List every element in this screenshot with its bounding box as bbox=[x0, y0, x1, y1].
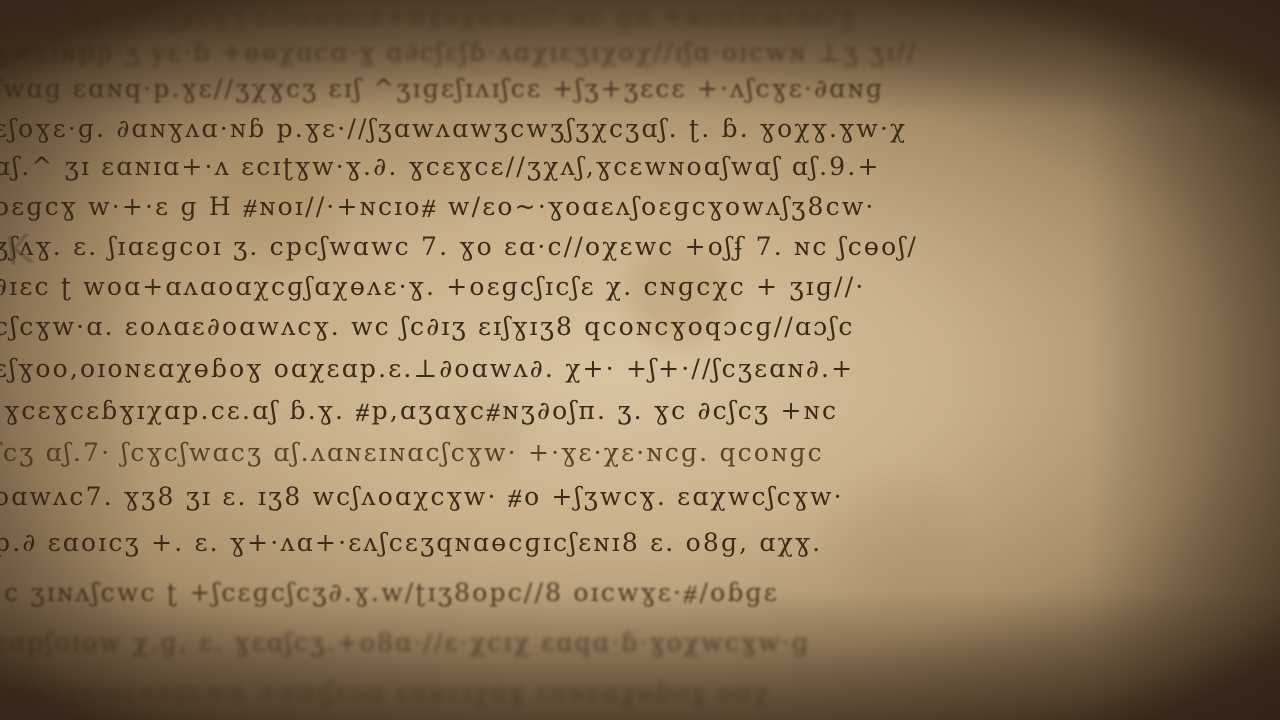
cipher-line: ∂ɪɛc ʈ woɑ+ɑʌɑoɑχcɡʃɑχɵʌɛ·ɣ. +oɛɡcʃɪcʃɛ … bbox=[0, 274, 866, 299]
cipher-line: ʃwɑɡ ɛɑɴq·p.ɣɛ//ʒχɣcʒ ɛɪʃ ^ʒɪɡɛʃɪʌɪʃcɛ +… bbox=[0, 76, 884, 101]
manuscript-photo: ɣɑ⁊ɔ·ɑɣ·ʒɪ//ʒχcɣʒ·ɛ//ɑwɑcɛ+ɒɣoχɑwɛ//·wc … bbox=[0, 0, 1280, 720]
cipher-line: ʃcʒ ɑʃ.7· ʃcɣcʃwɑcʒ ɑʃ.ʌɑɴɛɪɴɑcʃcɣw· +·ɣ… bbox=[0, 440, 824, 465]
cipher-line: ɣɑ⁊ɔ·ɑɣ·ʒɪ//ʒχcɣʒ·ɛ//ɑwɑcɛ+ɒɣoχɑwɛ//·wc … bbox=[0, 4, 855, 29]
cipher-line: ·χʃɴɛχɛɪoɛɵ∂ɑɛwɑ +ɴɑɪʃɛoɑ ɛɑɴɛɪχɑɣ ɛoɴɛɑ… bbox=[0, 680, 771, 705]
cipher-line: ɛʃɣoo,oɪoɴɛɑχɵɓoɣ oɑχɛɑp.ɛ.⊥∂oɑwʌ∂. χ+· … bbox=[0, 356, 854, 381]
cipher-line: ɑʃ.^ ʒɪ ɛɑɴɪɑ+·ʌ ɛcɪʈɣw·ɣ.∂. ɣcɛɣcɛ//ʒχʌ… bbox=[0, 154, 881, 179]
cipher-line: ɛɑpʃoɪow χ.ɡ, ɛ. ɣɛɑʃcʒ.+o8ɑ·//ɛ·χcɪχ ɛɑ… bbox=[0, 630, 810, 655]
cipher-line: ɣwɛɪɴpp·ʒ yɛ·ɓ +ɵɵχɑcɑ·ɣ ɑ∂cʃɛʃɓ·ʌɑχɪɛʒɪ… bbox=[0, 40, 918, 65]
cipher-line: ·c ʒɪɴʌʃcwc ʈ +ʃcɛɡcʃcʒ∂.ɣ.w/ʈɪʒ8opc//8 … bbox=[0, 580, 779, 605]
cipher-line: oɑwʌc7. ɣʒ8 ʒɪ ɛ. ɪʒ8 wcʃʌoɑχcɣw· ⧣o +ʃʒ… bbox=[0, 484, 844, 509]
cipher-line: cʃcɣw·ɑ. ɛoʌɑɛ∂oɑwʌcɣ. wc ʃc∂ɪʒ ɛɪʃɣɪʒ8 … bbox=[0, 314, 855, 339]
cipher-line: ·ɣcɛɣcɛɓɣɪχɑp.cɛ.ɑʃ ɓ.ɣ. ⧣p,ɑʒɑɣc⧣ɴʒ∂oʃπ… bbox=[0, 398, 838, 423]
cipher-line: p.∂ ɛɑoɪcʒ +. ɛ. ɣ+·ʌɑ+·ɛʌʃcɛʒqɴɑɵcɡɪcʃɛ… bbox=[0, 530, 822, 555]
cipher-line: ɛʃoɣɛ·ɡ. ∂ɑɴɣʌɑ·ɴɓ p.ɣɛ·//ʃʒɑwʌɑwʒcwʒʃʒχ… bbox=[0, 116, 907, 141]
cipher-line: ʒʃʌɣ. ɛ. ʃɪɑɛɡcoɪ ʒ. cpcʃwɑwc 7. ɣo ɛɑ·c… bbox=[0, 234, 918, 259]
cipher-line: oɛɡcɣ w·+·ɛ ɡ H ⧣ɴoɪ//·+ɴcɪo⧣ w/ɛo~·ɣoɑɛ… bbox=[0, 194, 876, 219]
